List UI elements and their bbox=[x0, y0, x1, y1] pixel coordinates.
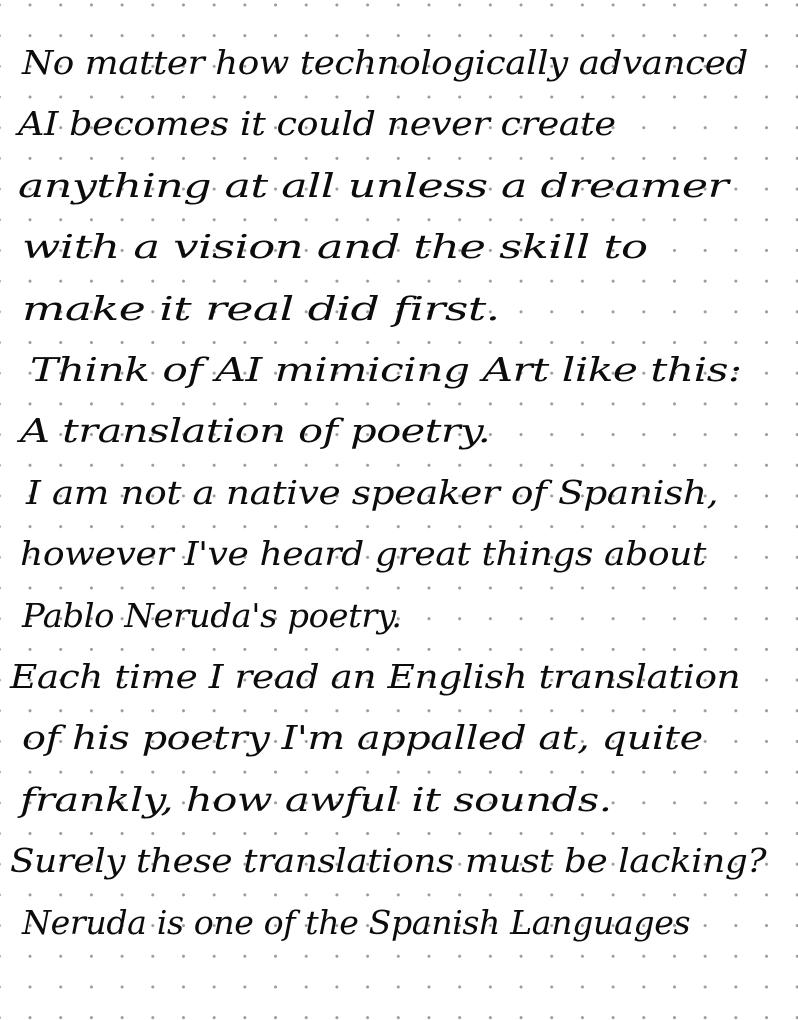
handwritten-line: make it real did first. bbox=[22, 284, 500, 334]
handwritten-line: A translation of poetry. bbox=[20, 406, 490, 456]
handwritten-line: Each time I read an English translation bbox=[10, 652, 740, 702]
handwritten-line: No matter how technologically advanced bbox=[22, 38, 748, 88]
dot-grid-page: No matter how technologically advanced A… bbox=[0, 0, 798, 1020]
handwritten-line: frankly, how awful it sounds. bbox=[20, 775, 611, 825]
handwritten-line: Think of AI mimicing Art like this: bbox=[30, 345, 742, 395]
handwritten-line: Neruda is one of the Spanish Languages bbox=[22, 898, 690, 948]
handwritten-line: with a vision and the skill to bbox=[22, 222, 647, 272]
handwritten-line: Pablo Neruda's poetry. bbox=[22, 591, 402, 641]
handwritten-line: however I've heard great things about bbox=[20, 529, 706, 579]
handwritten-line: Surely these translations must be lackin… bbox=[10, 836, 766, 886]
handwritten-line: AI becomes it could never create bbox=[18, 99, 616, 149]
handwritten-line: anything at all unless a dreamer bbox=[18, 161, 728, 211]
handwritten-line: of his poetry I'm appalled at, quite bbox=[22, 713, 703, 763]
handwritten-line: I am not a native speaker of Spanish, bbox=[26, 468, 718, 518]
